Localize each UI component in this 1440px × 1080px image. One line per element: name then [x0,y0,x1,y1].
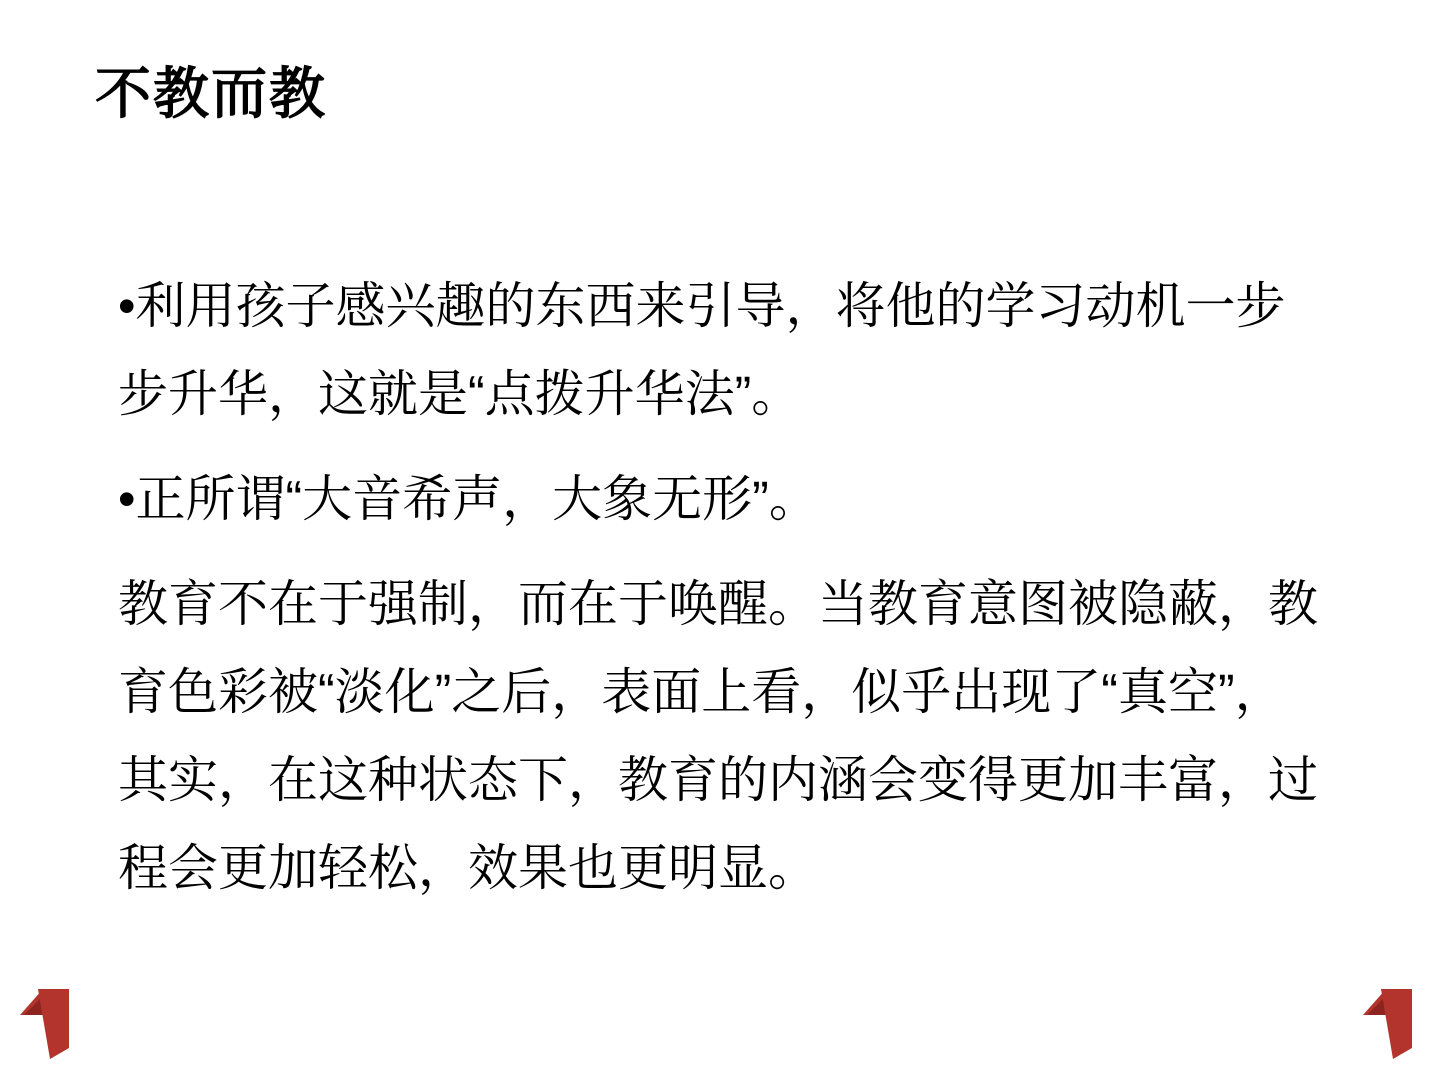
ribbon-stem-shape [38,989,69,1059]
slide-body: •利用孩子感兴趣的东西来引导，将他的学习动机一步步升华，这就是“点拨升华法”。 … [118,262,1330,929]
ribbon-one-logo [17,988,72,1063]
presentation-slide: 不教而教 •利用孩子感兴趣的东西来引导，将他的学习动机一步步升华，这就是“点拨升… [0,0,1440,1080]
paragraph-text: 利用孩子感兴趣的东西来引导，将他的学习动机一步步升华，这就是“点拨升华法”。 [118,278,1286,422]
ribbon-stem-shape [1381,989,1412,1059]
paragraph-text: 正所谓“大音希声，大象无形”。 [136,471,819,527]
ribbon-one-logo [1360,988,1415,1063]
bullet-icon: • [118,278,136,334]
slide-title: 不教而教 [95,60,327,127]
bullet-paragraph-2: •正所谓“大音希声，大象无形”。 [118,455,1330,543]
paragraph-text: 教育不在于强制，而在于唤醒。当教育意图被隐蔽，教育色彩被“淡化”之后，表面上看，… [118,576,1318,896]
bullet-paragraph-1: •利用孩子感兴趣的东西来引导，将他的学习动机一步步升华，这就是“点拨升华法”。 [118,262,1330,438]
body-paragraph: 教育不在于强制，而在于唤醒。当教育意图被隐蔽，教育色彩被“淡化”之后，表面上看，… [118,560,1330,912]
bullet-icon: • [118,471,136,527]
